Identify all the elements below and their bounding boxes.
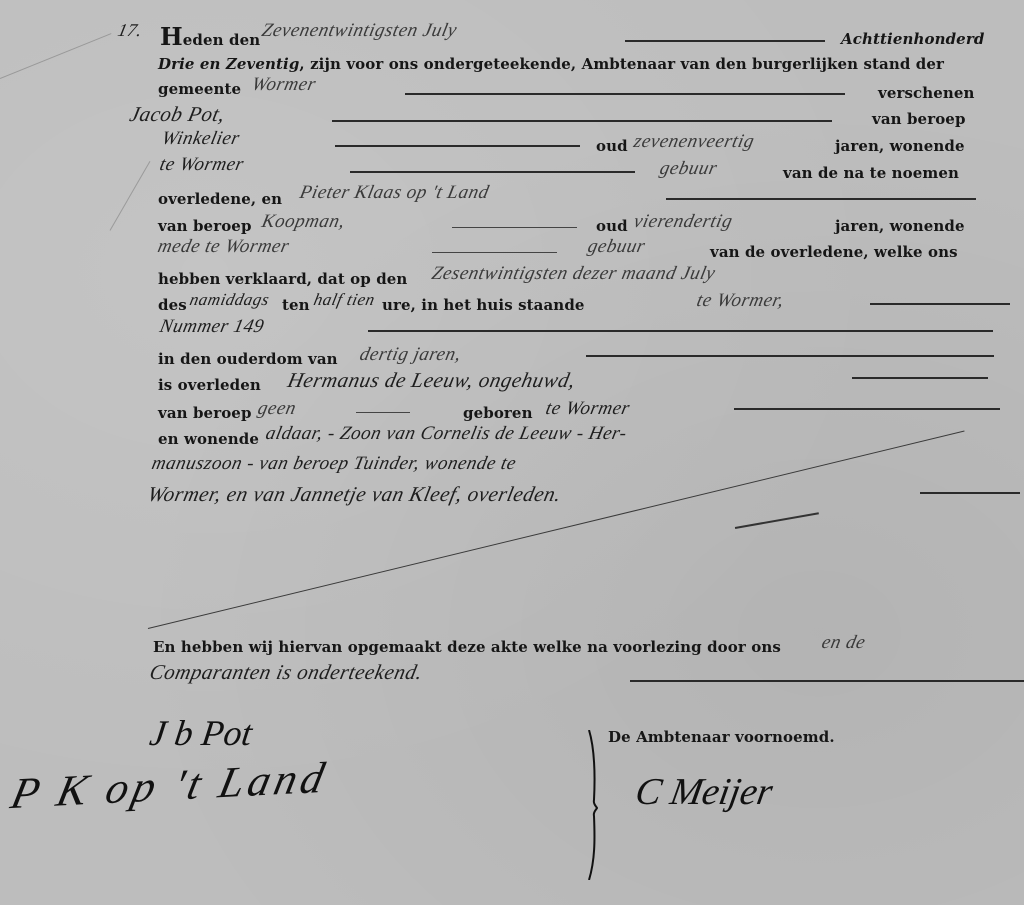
- printed-text: eden den: [183, 31, 260, 49]
- handwritten-birthplace: te Wormer: [544, 398, 632, 420]
- fill-line: [852, 377, 988, 379]
- printed-text: , zijn voor ons ondergeteekende, Ambtena…: [299, 55, 944, 73]
- entry-number: 17.: [116, 20, 144, 41]
- handwritten-date: Zevenentwintigsten July: [260, 20, 459, 42]
- paper-artifact-line: [0, 33, 111, 79]
- printed-achttienhonderd: Achttienhonderd: [841, 30, 984, 48]
- paper-artifact-line: [110, 161, 151, 231]
- printed-van-beroep: van beroep: [872, 110, 966, 128]
- handwritten-time-b: half tien: [312, 290, 377, 310]
- handwritten-house-number: Nummer 149: [158, 316, 266, 338]
- handwritten-occupation-1: Winkelier: [160, 128, 242, 150]
- handwritten-occupation-deceased: geen: [256, 398, 299, 420]
- handwritten-municipality: Wormer: [250, 74, 318, 96]
- printed-in-den-ouderdom: in den ouderdom van: [158, 350, 338, 368]
- printed-closing-statement: En hebben wij hiervan opgemaakt deze akt…: [153, 638, 781, 656]
- fill-line: [630, 680, 1024, 682]
- handwritten-residence-1: te Wormer: [158, 154, 246, 176]
- printed-heden-den: Heden den: [160, 22, 260, 51]
- drop-initial: H: [160, 22, 183, 51]
- fill-line: [586, 355, 994, 357]
- printed-en-wonende: en wonende: [158, 430, 259, 448]
- printed-oud-2: oud: [596, 217, 628, 235]
- printed-ten: ten: [282, 296, 310, 314]
- fill-line: [666, 198, 976, 200]
- curly-brace-icon: [586, 730, 598, 880]
- certificate-page: 17. Heden den Zevenentwintigsten July Ac…: [0, 0, 1024, 905]
- handwritten-relation-2: gebuur: [586, 236, 648, 258]
- printed-hebben-verklaard: hebben verklaard, dat op den: [158, 270, 407, 288]
- printed-des: des: [158, 296, 187, 314]
- handwritten-time-a: namiddags: [188, 290, 271, 310]
- handwritten-age-2: vierendertig: [632, 211, 735, 233]
- handwritten-place: te Wormer,: [695, 290, 786, 312]
- signature-declarant-1: J b Pot: [147, 712, 255, 754]
- fill-line: [734, 408, 1000, 410]
- fill-line: [335, 145, 580, 147]
- handwritten-residence-2: mede te Wormer: [156, 236, 292, 258]
- handwritten-deceased-name: Hermanus de Leeuw, ongehuwd,: [285, 368, 577, 393]
- handwritten-relation-1: gebuur: [658, 158, 720, 180]
- printed-van-beroep-2: van beroep: [158, 217, 252, 235]
- handwritten-parents-b: manuszoon - van beroep Tuinder, wonende …: [150, 453, 519, 475]
- signature-official: C Meijer: [632, 770, 776, 814]
- handwritten-occupation-2: Koopman,: [260, 211, 347, 233]
- handwritten-parents-a: aldaar, - Zoon van Cornelis de Leeuw - H…: [264, 423, 629, 445]
- fill-line: [368, 330, 993, 332]
- printed-van-de-overledene: van de overledene, welke ons: [710, 243, 958, 261]
- handwritten-closing-a: en de: [820, 632, 868, 654]
- fill-line: [432, 252, 557, 253]
- handwritten-death-date: Zesentwintigsten dezer maand July: [430, 263, 718, 285]
- fill-line: [625, 40, 825, 42]
- fill-line: [452, 227, 577, 228]
- printed-geboren: geboren: [463, 404, 533, 422]
- printed-overledene-en: overledene, en: [158, 190, 282, 208]
- printed-van-beroep-3: van beroep: [158, 404, 252, 422]
- handwritten-declarant-2: Pieter Klaas op 't Land: [298, 182, 491, 204]
- handwritten-closing-b: Comparanten is onderteekend.: [147, 660, 425, 685]
- printed-is-overleden: is overleden: [158, 376, 261, 394]
- printed-verschenen: verschenen: [878, 84, 975, 102]
- handwritten-deceased-age: dertig jaren,: [358, 344, 463, 366]
- printed-jaren-wonende-2: jaren, wonende: [835, 217, 965, 235]
- fill-line: [920, 492, 1020, 494]
- signature-declarant-2: P K op 't Land: [7, 752, 333, 819]
- fill-line: [870, 303, 1010, 305]
- printed-gemeente: gemeente: [158, 80, 241, 98]
- fill-line: [350, 171, 635, 173]
- printed-ure-in-het-huis: ure, in het huis staande: [382, 296, 585, 314]
- handwritten-parents-c: Wormer, en van Jannetje van Kleef, overl…: [145, 482, 563, 507]
- handwritten-declarant-1: Jacob Pot,: [127, 102, 227, 127]
- fill-line: [332, 120, 832, 122]
- printed-jaren-wonende: jaren, wonende: [835, 137, 965, 155]
- strike-line: [735, 512, 819, 528]
- printed-official-label: De Ambtenaar voornoemd.: [608, 728, 835, 746]
- fill-line: [405, 93, 845, 95]
- handwritten-age-1: zevenenveertig: [632, 131, 757, 153]
- printed-van-de-na-te-noemen: van de na te noemen: [783, 164, 959, 182]
- dash-line: [356, 412, 410, 413]
- printed-line-2: Drie en Zeventig, zijn voor ons onderget…: [158, 55, 944, 73]
- printed-oud: oud: [596, 137, 628, 155]
- printed-year: Drie en Zeventig: [158, 55, 299, 73]
